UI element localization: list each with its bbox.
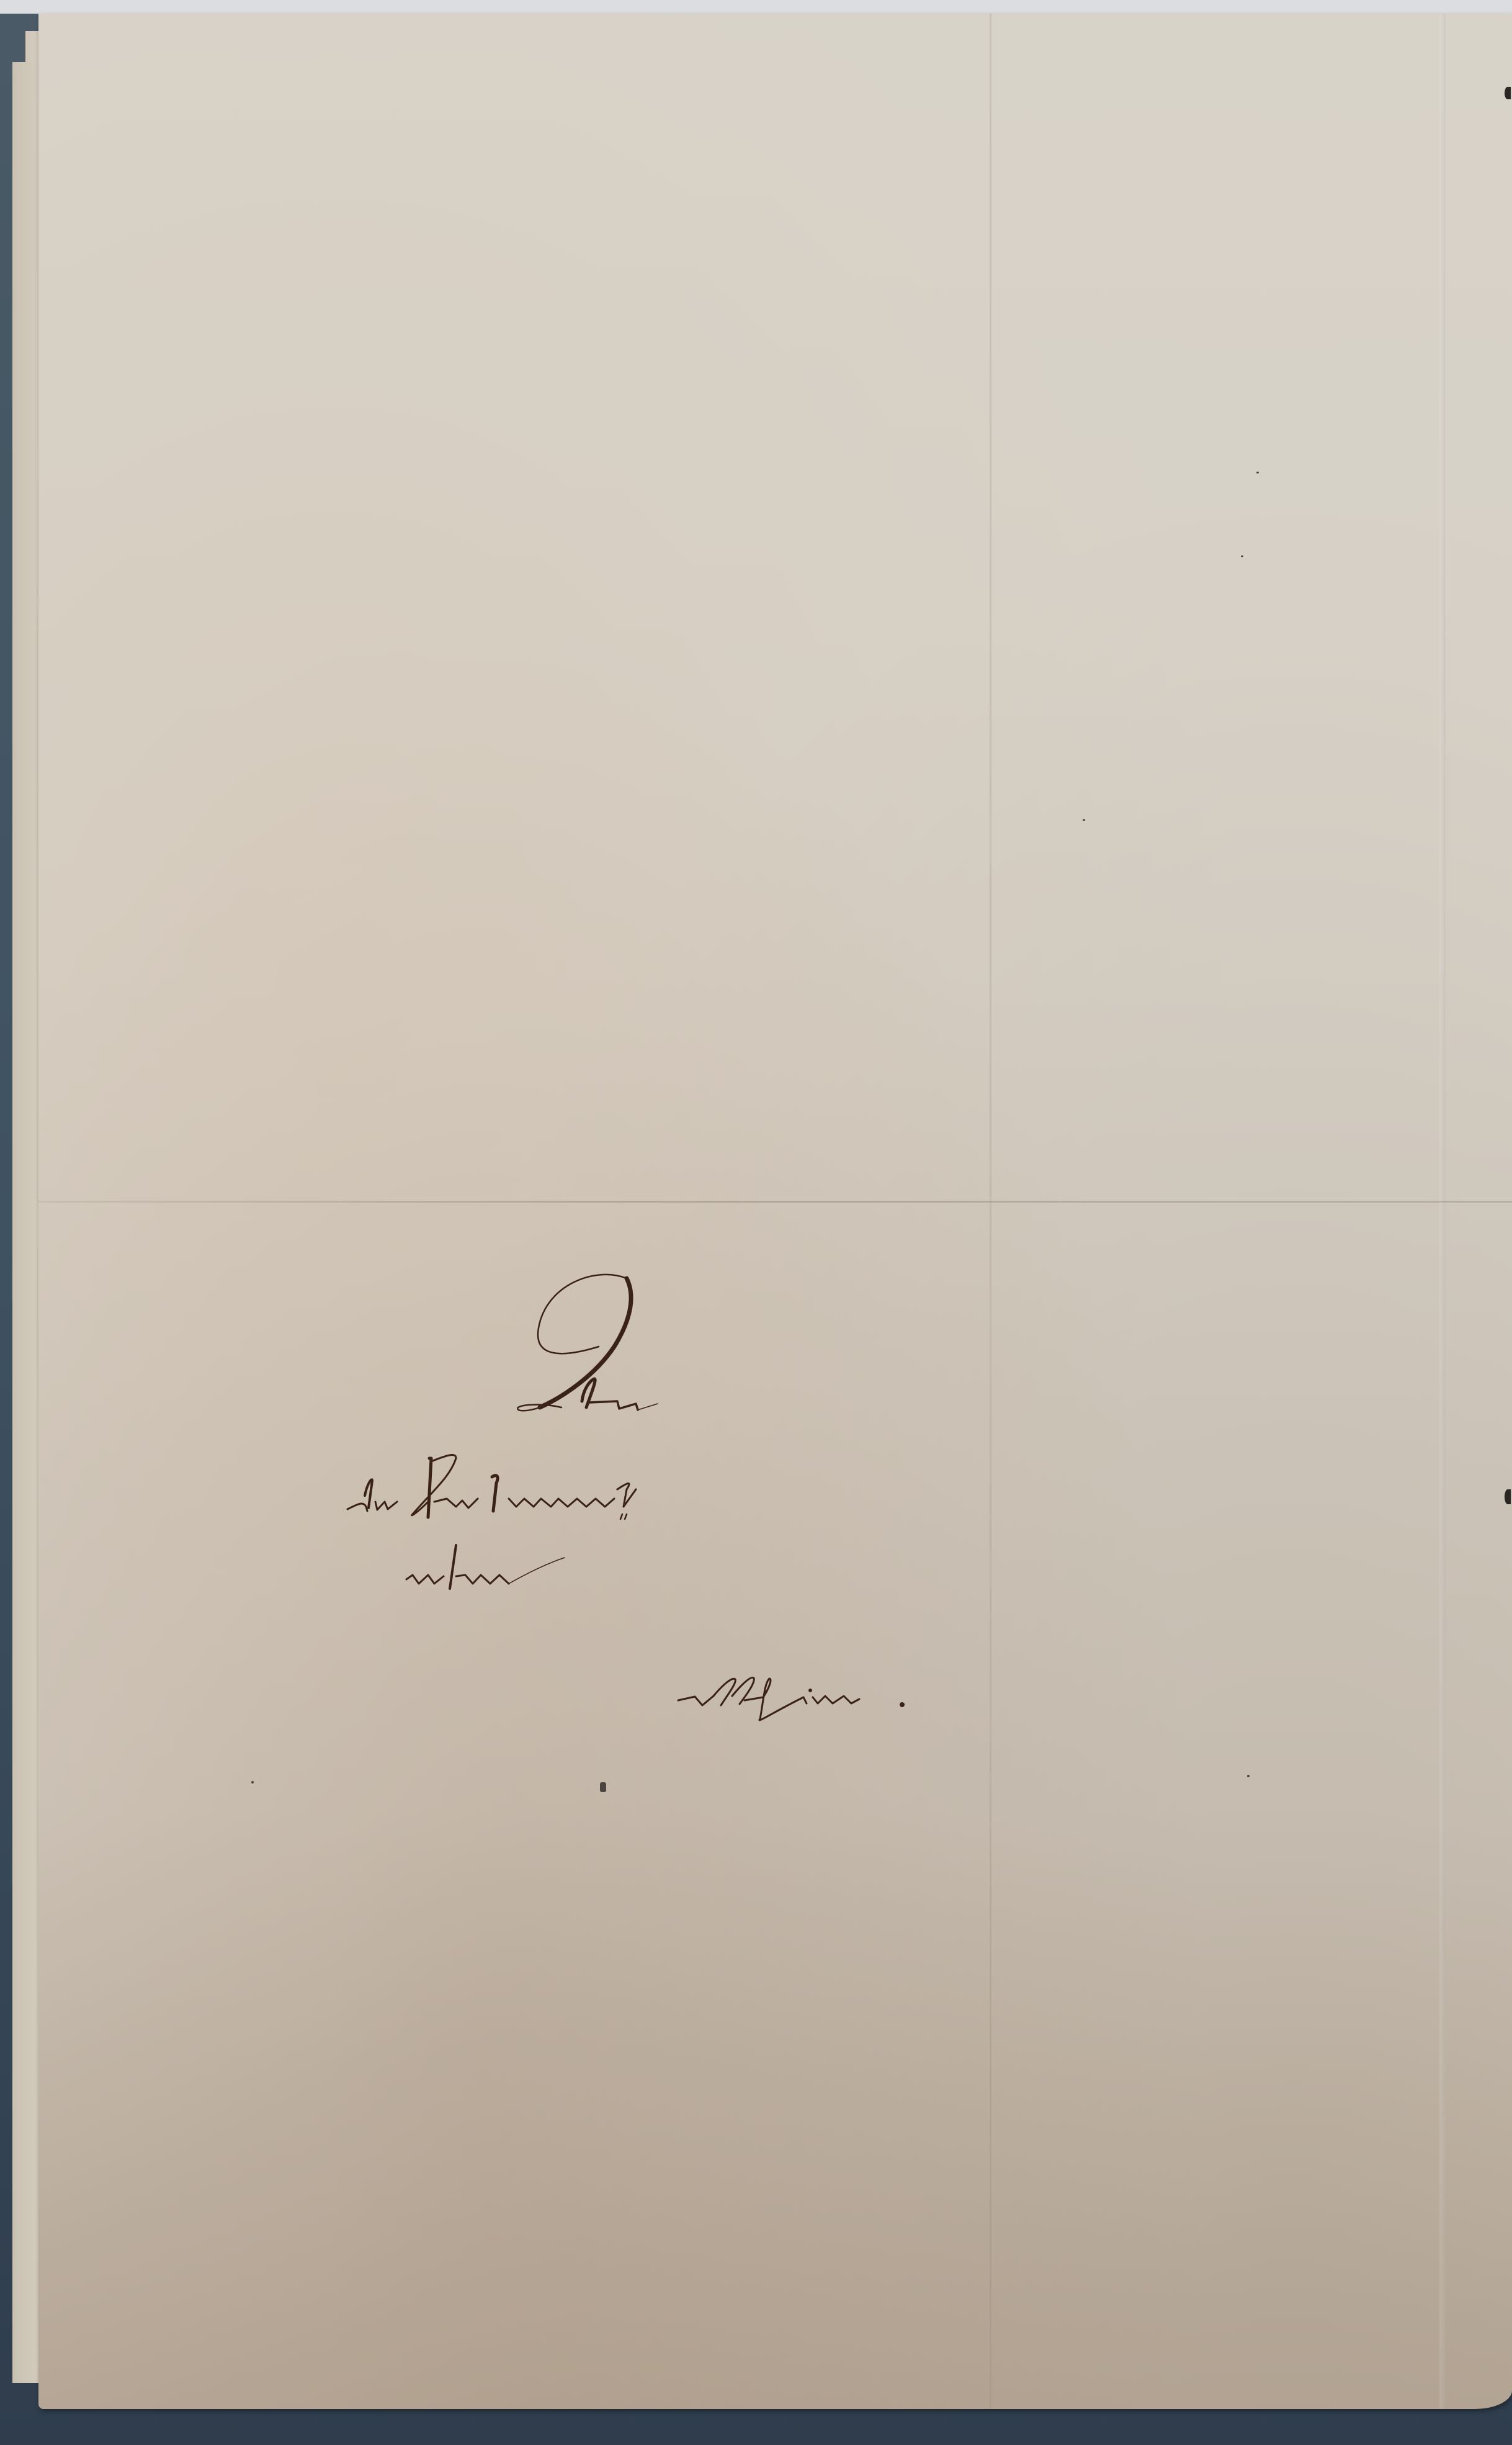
capital-d-flourish — [0, 0, 1512, 2445]
